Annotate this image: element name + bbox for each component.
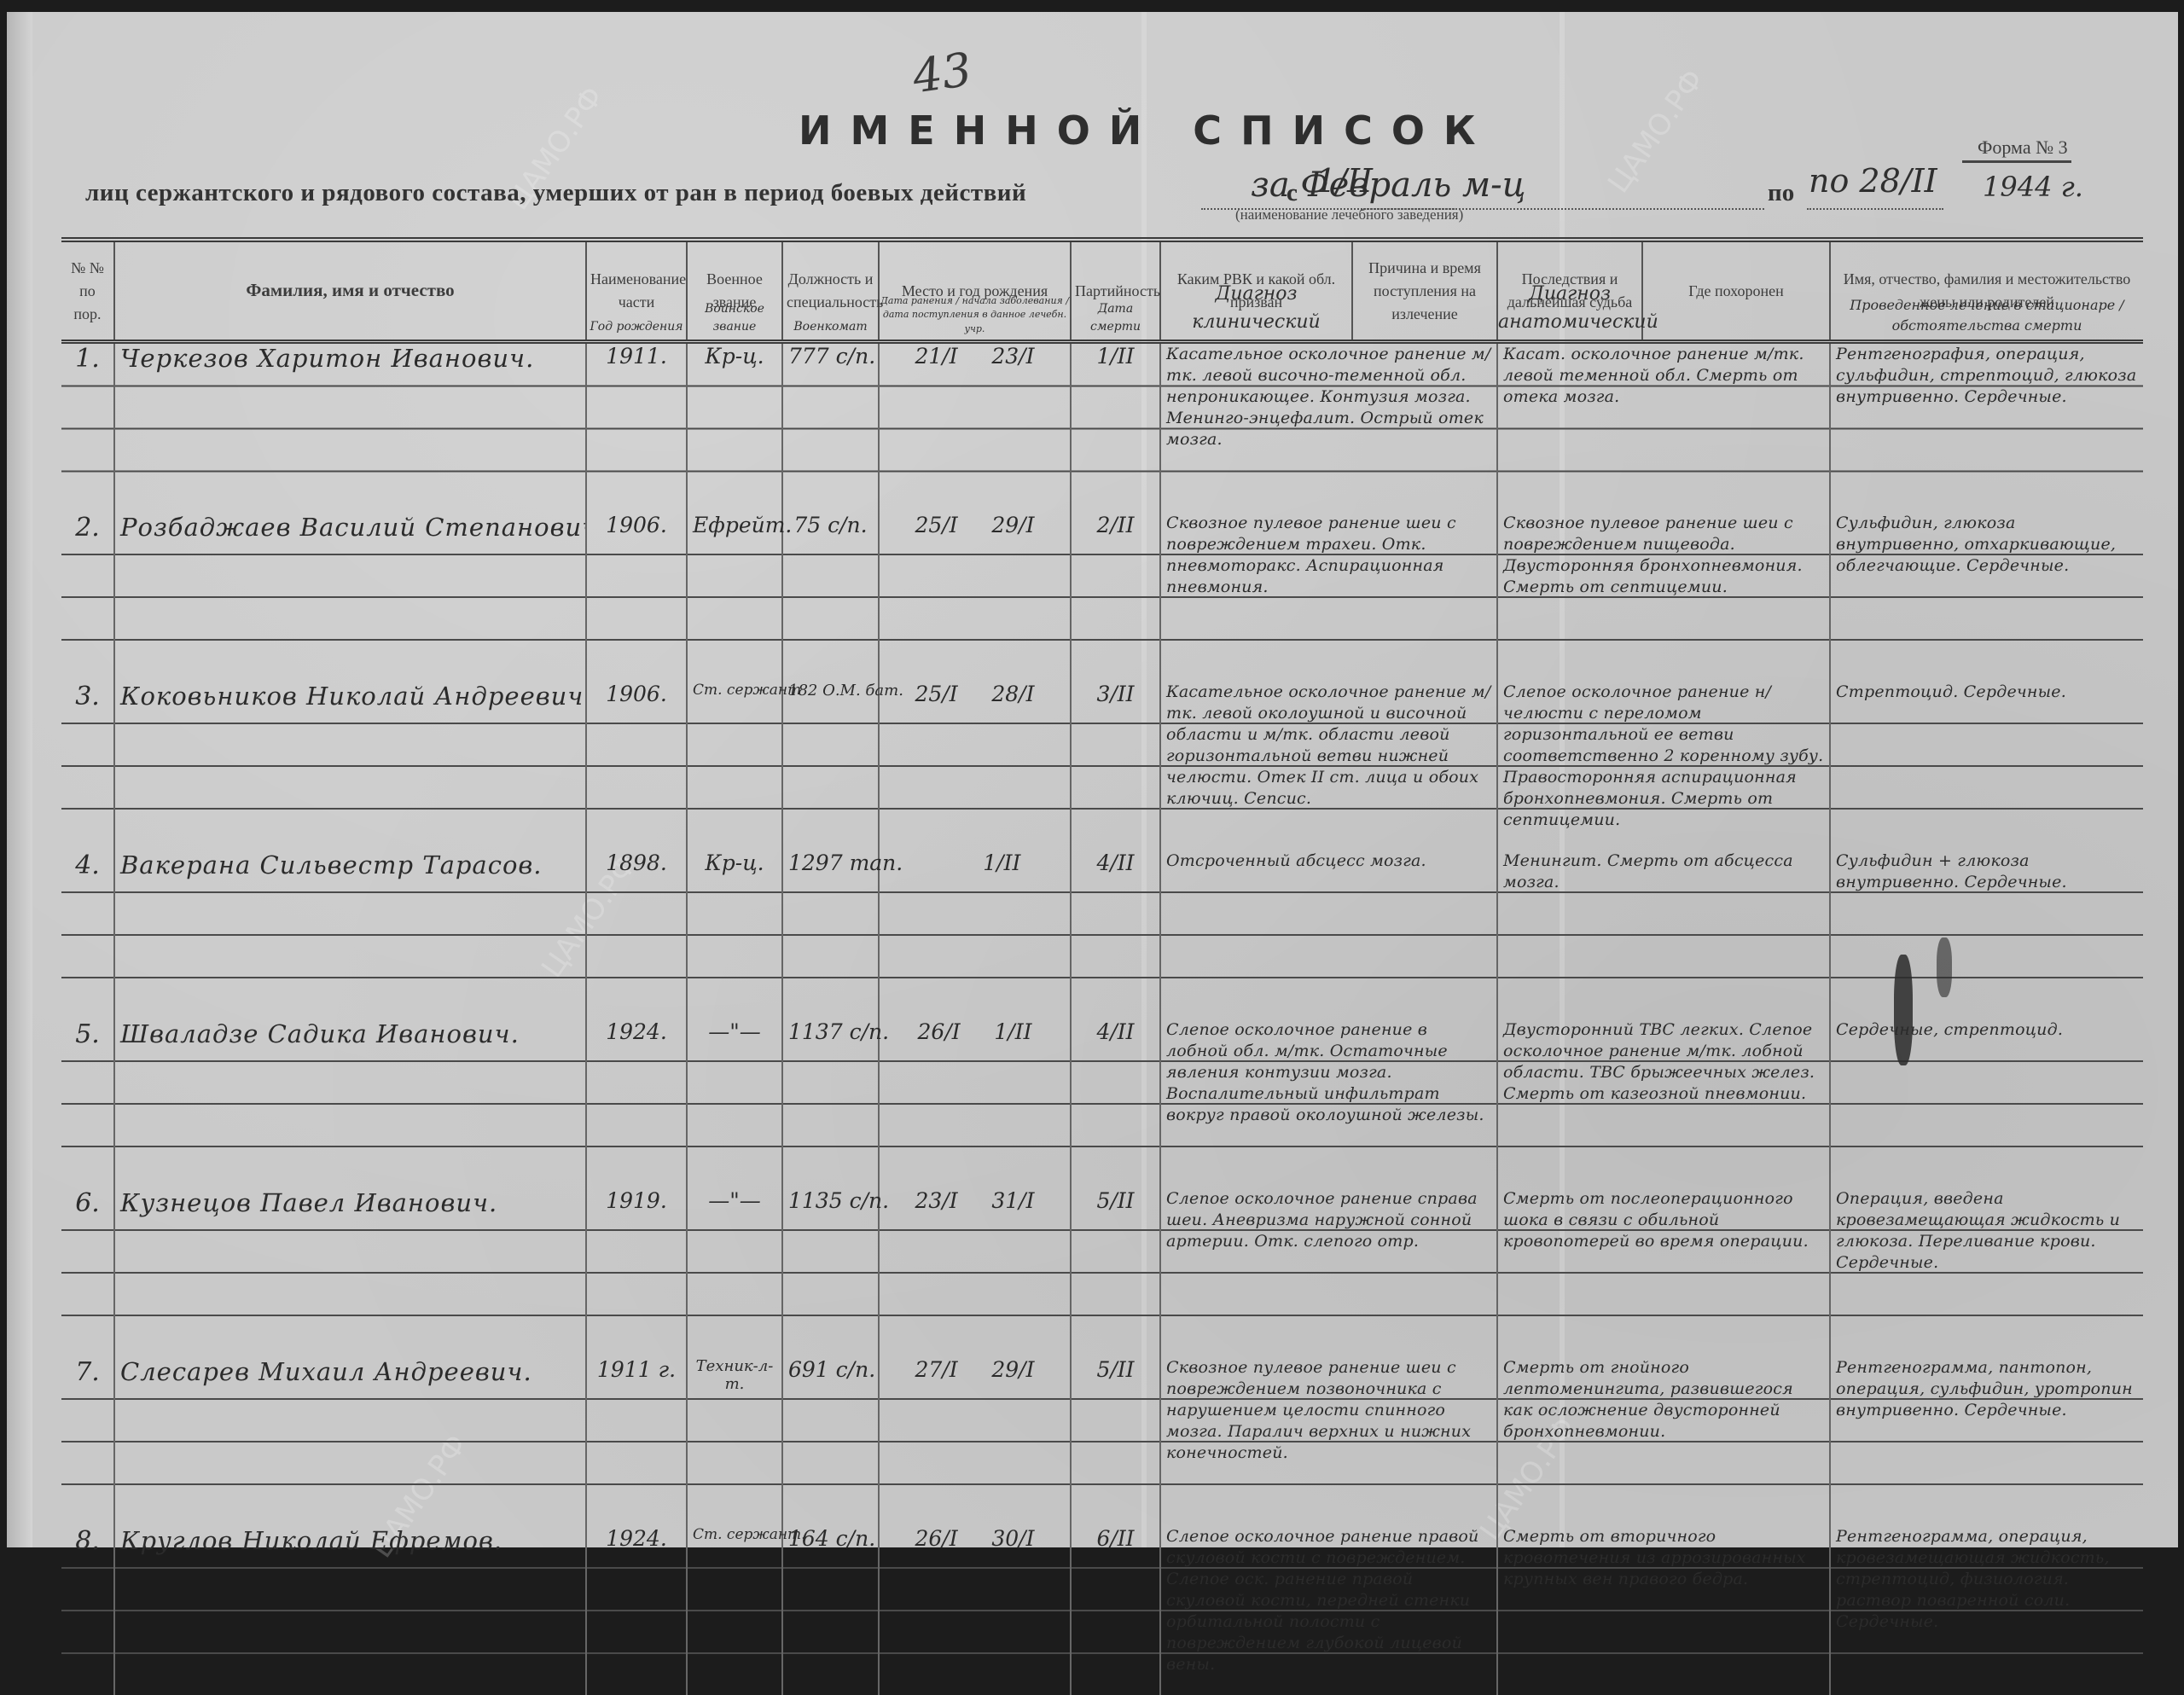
year: 1944 г.: [1983, 171, 2083, 203]
document-subtitle: лиц сержантского и рядового состава, уме…: [85, 179, 1026, 207]
record-unit: 182 О.М. бат.: [782, 682, 879, 850]
table-row: 6. Кузнецов Павел Иванович. 1919. —"— 11…: [61, 1188, 2143, 1357]
record-clinical-diagnosis: Сквозное пулевое ранение шеи с поврежден…: [1160, 513, 1497, 682]
record-rank: —"—: [687, 1188, 782, 1357]
record-number: 4.: [61, 850, 114, 1019]
record-birth-year: 1906.: [586, 513, 687, 682]
record-unit: 164 с/п.: [782, 1526, 879, 1549]
table-row: 2. Розбаджаев Василий Степанович. 1906. …: [61, 513, 2143, 682]
record-treatment: Стрептоцид. Сердечные.: [1830, 682, 2143, 850]
record-death-date: 1/II: [1071, 342, 1160, 514]
record-treatment: Рентгенограмма, пантопон, операция, суль…: [1830, 1357, 2143, 1526]
record-dates: 27/I 29/I: [879, 1357, 1071, 1526]
col-header-unit: Наименование частиГод рождения: [586, 240, 687, 342]
table-row: 1. Черкезов Харитон Иванович. 1911. Кр-ц…: [61, 342, 2143, 514]
col-header-admission: Причина и время поступления на излечение: [1352, 240, 1497, 342]
fill-line: [1807, 208, 1943, 210]
to-label: по: [1768, 179, 1794, 207]
record-anatomical-diagnosis: Сквозное пулевое ранение шеи с поврежден…: [1497, 513, 1830, 682]
record-unit: 1137 с/п.: [782, 1019, 879, 1188]
record-death-date: 4/II: [1071, 1019, 1160, 1188]
table-header: № № по пор. Фамилия, имя и отчество Наим…: [61, 240, 2143, 342]
record-birth-year: 1924.: [586, 1526, 687, 1549]
record-anatomical-diagnosis: Смерть от гнойного лептоменингита, разви…: [1497, 1357, 1830, 1526]
record-clinical-diagnosis: Слепое осколочное ранение правой скулово…: [1160, 1526, 1497, 1549]
col-header-draft-office: Каким РВК и какой обл. призванДиагноз кл…: [1160, 240, 1352, 342]
page-number: 43: [909, 43, 975, 104]
records-table: № № по пор. Фамилия, имя и отчество Наим…: [61, 237, 2143, 1549]
col-header-birthplace: Место и год рожденияДата ранения / начал…: [879, 240, 1071, 342]
record-birth-year: 1898.: [586, 850, 687, 1019]
ink-blot: [1937, 937, 1952, 997]
record-dates: 1/II: [879, 850, 1071, 1019]
record-birth-year: 1911 г.: [586, 1357, 687, 1526]
record-name: Коковьников Николай Андреевич.: [114, 682, 586, 850]
record-name: Шваладзе Садика Иванович.: [114, 1019, 586, 1188]
record-name: Кузнецов Павел Иванович.: [114, 1188, 586, 1357]
fill-line: [1363, 208, 1764, 210]
watermark: ЦАМО.РФ: [1601, 63, 1711, 199]
record-clinical-diagnosis: Касательное осколочное ранение м/тк. лев…: [1160, 342, 1497, 514]
record-treatment: Операция, введена кровезамещающая жидкос…: [1830, 1188, 2143, 1357]
record-rank: —"—: [687, 1019, 782, 1188]
record-anatomical-diagnosis: Слепое осколочное ранение н/челюсти с пе…: [1497, 682, 1830, 850]
record-anatomical-diagnosis: Двусторонний ТВС легких. Слепое осколочн…: [1497, 1019, 1830, 1188]
table-row: 5. Шваладзе Садика Иванович. 1924. —"— 1…: [61, 1019, 2143, 1188]
record-dates: 21/I 23/I: [879, 342, 1071, 514]
record-treatment: Сердечные, стрептоцид.: [1830, 1019, 2143, 1188]
record-unit: 1297 тап.: [782, 850, 879, 1019]
record-death-date: 3/II: [1071, 682, 1160, 850]
record-unit: 777 с/п.: [782, 342, 879, 514]
record-number: 5.: [61, 1019, 114, 1188]
from-date: 1/II: [1316, 162, 1373, 200]
record-dates: 26/I 1/II: [879, 1019, 1071, 1188]
record-birth-year: 1919.: [586, 1188, 687, 1357]
col-header-burial: Где похоронен: [1642, 240, 1830, 342]
col-header-rank: Военное званиеВоинское звание: [687, 240, 782, 342]
record-rank: Кр-ц.: [687, 850, 782, 1019]
record-treatment: Рентгенограмма, операция, кровезамещающа…: [1830, 1526, 2143, 1549]
record-dates: 26/I 30/I: [879, 1526, 1071, 1549]
record-dates: 25/I 29/I: [879, 513, 1071, 682]
record-anatomical-diagnosis: Смерть от послеоперационного шока в связ…: [1497, 1188, 1830, 1357]
record-death-date: 2/II: [1071, 513, 1160, 682]
record-name: Вакерана Сильвестр Тарасов.: [114, 850, 586, 1019]
record-dates: 25/I 28/I: [879, 682, 1071, 850]
record-anatomical-diagnosis: Касат. осколочное ранение м/тк. левой те…: [1497, 342, 1830, 514]
record-name: Черкезов Харитон Иванович.: [114, 342, 586, 514]
record-treatment: Сульфидин, глюкоза внутривенно, отхаркив…: [1830, 513, 2143, 682]
record-clinical-diagnosis: Слепое осколочное ранение в лобной обл. …: [1160, 1019, 1497, 1188]
record-rank: Ст. сержант.: [687, 1526, 782, 1549]
table-row: 4. Вакерана Сильвестр Тарасов. 1898. Кр-…: [61, 850, 2143, 1019]
binding-edge: [7, 12, 32, 1547]
record-anatomical-diagnosis: Смерть от вторичного кровотечения из арр…: [1497, 1526, 1830, 1549]
record-unit: 1135 с/п.: [782, 1188, 879, 1357]
record-number: 2.: [61, 513, 114, 682]
document-title: ИМЕННОЙ СПИСОК: [799, 107, 1495, 154]
col-header-party: ПартийностьДата смерти: [1071, 240, 1160, 342]
record-unit: 75 с/п.: [782, 513, 879, 682]
col-header-position: Должность и специальностьВоенкомат: [782, 240, 879, 342]
record-birth-year: 1906.: [586, 682, 687, 850]
to-date: по 28/II: [1809, 162, 1937, 200]
record-treatment: Рентгенография, операция, сульфидин, стр…: [1830, 342, 2143, 514]
record-unit: 691 с/п.: [782, 1357, 879, 1526]
record-clinical-diagnosis: Касательное осколочное ранение м/тк. лев…: [1160, 682, 1497, 850]
table-row: 7. Слесарев Михаил Андреевич. 1911 г. Те…: [61, 1357, 2143, 1526]
record-clinical-diagnosis: Отсроченный абсцесс мозга.: [1160, 850, 1497, 1019]
record-death-date: 5/II: [1071, 1357, 1160, 1526]
table-row: 8. Круглов Николай Ефремов. 1924. Ст. се…: [61, 1526, 2143, 1549]
record-number: 8.: [61, 1526, 114, 1549]
record-rank: Кр-ц.: [687, 342, 782, 514]
col-header-number: № № по пор.: [61, 240, 114, 342]
record-death-date: 5/II: [1071, 1188, 1160, 1357]
record-birth-year: 1924.: [586, 1019, 687, 1188]
record-treatment: Сульфидин + глюкоза внутривенно. Сердечн…: [1830, 850, 2143, 1019]
record-name: Розбаджаев Василий Степанович.: [114, 513, 586, 682]
record-clinical-diagnosis: Сквозное пулевое ранение шеи с поврежден…: [1160, 1357, 1497, 1526]
col-header-relatives: Имя, отчество, фамилия и местожительство…: [1830, 240, 2143, 342]
record-number: 3.: [61, 682, 114, 850]
record-rank: Техник-л-т.: [687, 1357, 782, 1526]
record-number: 1.: [61, 342, 114, 514]
table-row: 3. Коковьников Николай Андреевич. 1906. …: [61, 682, 2143, 850]
record-rank: Ефрейт.: [687, 513, 782, 682]
record-clinical-diagnosis: Слепое осколочное ранение справа шеи. Ан…: [1160, 1188, 1497, 1357]
record-death-date: 4/II: [1071, 850, 1160, 1019]
col-header-outcome: Последствия и дальнейшая судьбаДиагноз а…: [1497, 240, 1642, 342]
record-anatomical-diagnosis: Менингит. Смерть от абсцесса мозга.: [1497, 850, 1830, 1019]
record-number: 7.: [61, 1357, 114, 1526]
record-rank: Ст. сержант: [687, 682, 782, 850]
record-name: Слесарев Михаил Андреевич.: [114, 1357, 586, 1526]
from-label: с: [1287, 179, 1298, 207]
record-number: 6.: [61, 1188, 114, 1357]
record-dates: 23/I 31/I: [879, 1188, 1071, 1357]
record-death-date: 6/II: [1071, 1526, 1160, 1549]
record-name: Круглов Николай Ефремов.: [114, 1526, 586, 1549]
document-sheet: ЦАМО.РФ ЦАМО.РФ ЦАМО.РФ ЦАМО.РФ ЦАМО.РФ …: [7, 12, 2178, 1547]
record-birth-year: 1911.: [586, 342, 687, 514]
ink-blot: [1894, 955, 1913, 1065]
col-header-name: Фамилия, имя и отчество: [114, 240, 586, 342]
form-label: Форма № 3: [1962, 136, 2071, 163]
